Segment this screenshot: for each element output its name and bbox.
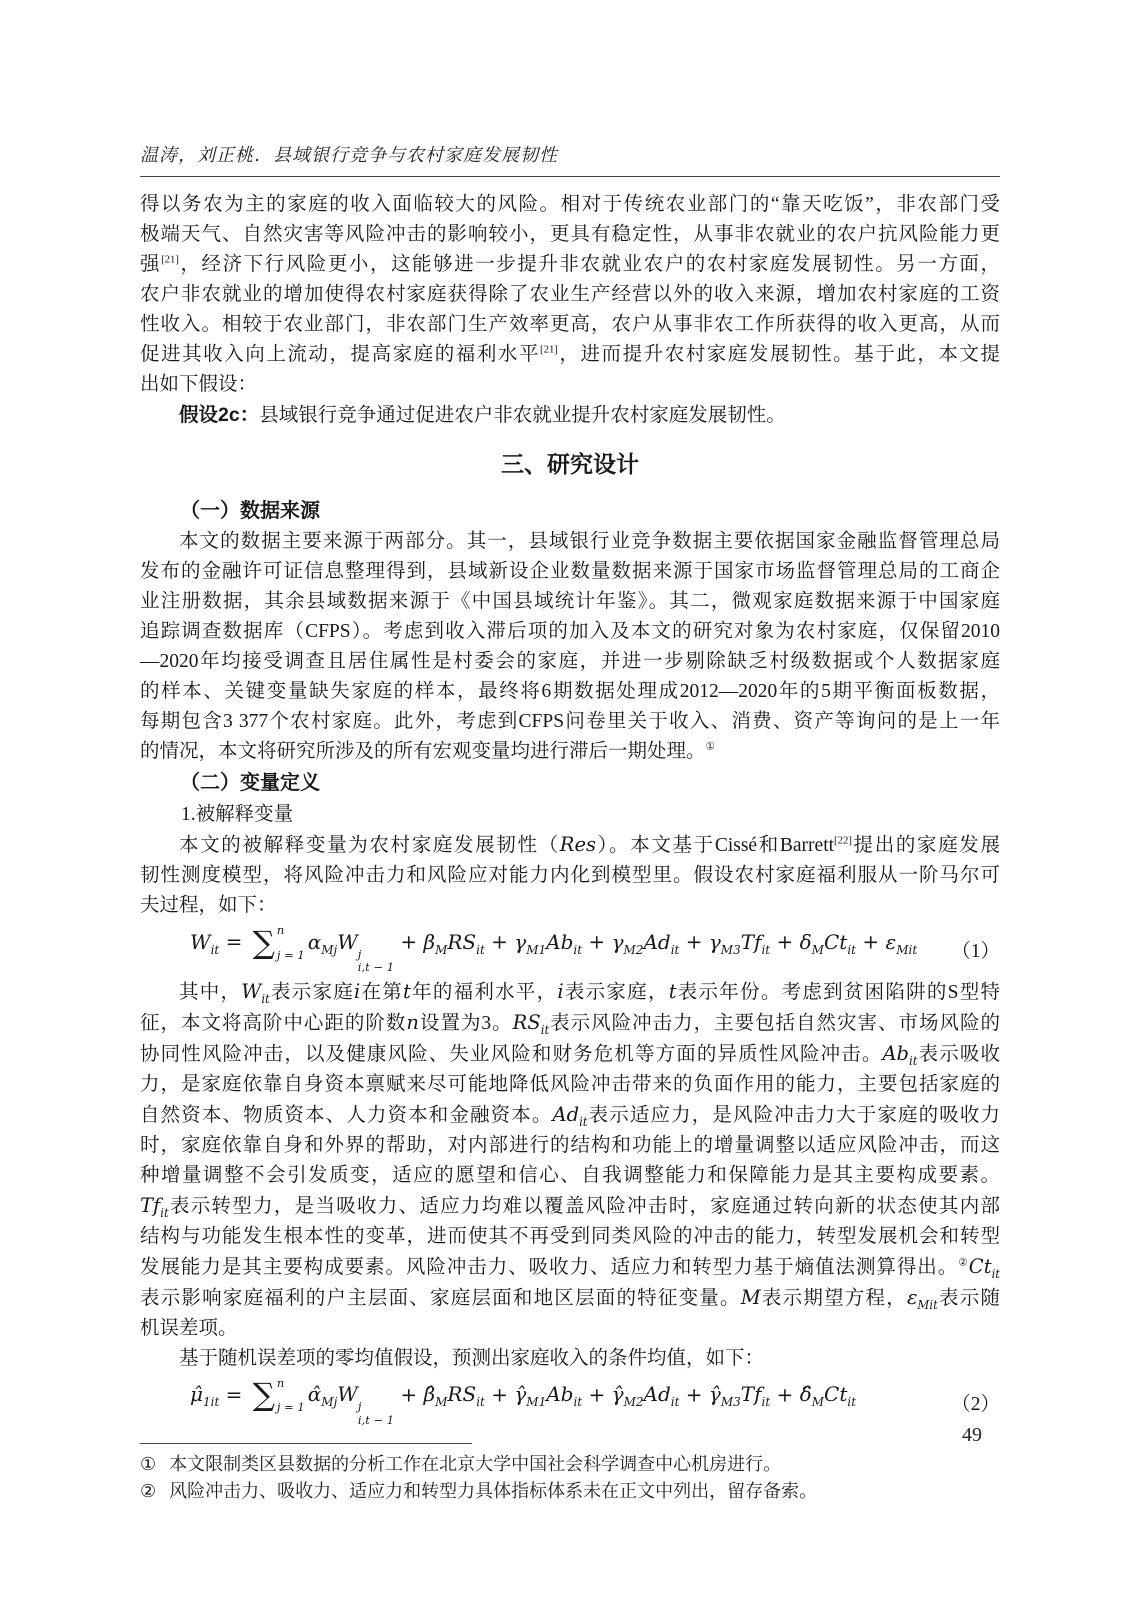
text-line: 极端天气、自然灾害等风险冲击的影响较小，更具有稳定性，从事非农就业的农户抗风险能… bbox=[140, 220, 1000, 250]
math-var: Adit bbox=[643, 930, 679, 954]
text-line: 出如下假设： bbox=[140, 370, 1000, 400]
italic-text: t bbox=[403, 980, 411, 1003]
footnote-1-text: 本文限制类区县数据的分析工作在北京大学中国社会科学调查中心机房进行。 bbox=[169, 1454, 781, 1474]
math-var: Ctit bbox=[969, 1255, 1000, 1278]
superscript-ref: [21] bbox=[540, 344, 558, 356]
footnote-1-marker: ① bbox=[140, 1454, 156, 1474]
italic-text: i bbox=[557, 980, 563, 1003]
sigma-glyph: ∑ bbox=[253, 928, 275, 959]
text-line: 追踪调查数据库（CFPS）。考虑到收入滞后项的加入及本文的研究对象为农村家庭，仅… bbox=[140, 617, 1000, 647]
superscript-ref: ① bbox=[706, 741, 716, 753]
footnotes: ①本文限制类区县数据的分析工作在北京大学中国社会科学调查中心机房进行。 ②风险冲… bbox=[140, 1443, 1000, 1505]
math-var: Ctit bbox=[824, 1382, 856, 1406]
sigma-glyph: ∑ bbox=[253, 1380, 275, 1411]
math-var: γM2 bbox=[612, 930, 644, 954]
footnote-rule bbox=[140, 1443, 472, 1444]
math-var: αMj bbox=[308, 930, 338, 954]
paragraph-conditional-mean: 基于随机误差项的零均值假设，预测出家庭收入的条件均值，如下： bbox=[140, 1344, 1000, 1374]
text-line: 强[21]，经济下行风险更小，这能够进一步提升非农就业农户的农村家庭发展韧性。另… bbox=[140, 250, 1000, 280]
italic-text: M bbox=[741, 1286, 761, 1309]
math-var: Abit bbox=[546, 1382, 582, 1406]
text-line: 结构与功能发生根本性的变革，进而使其不再受到同类风险的冲击的能力，转型发展机会和… bbox=[140, 1222, 1000, 1252]
text-line: 表示影响家庭福利的户主层面、家庭层面和地区层面的特征变量。M表示期望方程，εMi… bbox=[140, 1283, 1000, 1314]
math-var: δ̂M bbox=[800, 1382, 824, 1406]
math-var: Adit bbox=[644, 1382, 680, 1406]
math-supsub: ji,t − 1 bbox=[358, 948, 394, 974]
equation-number: （2） bbox=[951, 1388, 1000, 1416]
text-line: 夫过程，如下： bbox=[140, 891, 1000, 921]
paragraph-variable-explanation: 其中，Wit表示家庭i在第t年的福利水平，i表示家庭，t表示年份。考虑到贫困陷阱… bbox=[140, 977, 1000, 1344]
body-text-area: 得以务农为主的家庭的收入面临较大的风险。相对于传统农业部门的“靠天吃饭”，非农部… bbox=[140, 190, 1000, 1427]
subsubsection-dependent-variable: 1.被解释变量 bbox=[140, 799, 1000, 830]
italic-text: i bbox=[354, 980, 360, 1003]
math-var: Abit bbox=[546, 930, 582, 954]
math-var: β̂M bbox=[424, 1382, 448, 1406]
math-var: Wji,t − 1 bbox=[337, 930, 394, 954]
math-var: γM3 bbox=[709, 930, 741, 954]
math-var: εMit bbox=[885, 930, 917, 954]
text-line: —2020年均接受调查且居住属性是村委会的家庭，并进一步剔除缺乏村级数据或个人数… bbox=[140, 647, 1000, 677]
math-var: RSit bbox=[447, 1382, 484, 1406]
text-line: 促进其收入向上流动，提高家庭的福利水平[21]，进而提升农村家庭发展韧性。基于此… bbox=[140, 340, 1000, 370]
text-line: 征，本文将高阶中心距的阶数n设置为3。RSit表示风险冲击力，主要包括自然灾害、… bbox=[140, 1008, 1000, 1039]
text-line: 自然资本、物质资本、人力资本和金融资本。Adit表示适应力，是风险冲击力大于家庭… bbox=[140, 1100, 1000, 1131]
text-line: 本文的数据主要来源于两部分。其一，县域银行业竞争数据主要依据国家金融监督管理总局 bbox=[140, 527, 1000, 557]
math-var: γ̂M1 bbox=[514, 1382, 546, 1406]
running-header: 温涛，刘正桃．县域银行竞争与农村家庭发展韧性 bbox=[140, 141, 1000, 177]
math-var: γM1 bbox=[514, 930, 546, 954]
paper-page: 温涛，刘正桃．县域银行竞争与农村家庭发展韧性 得以务农为主的家庭的收入面临较大的… bbox=[0, 0, 1140, 1600]
math-var: Tfit bbox=[140, 1194, 169, 1217]
footnote-1: ①本文限制类区县数据的分析工作在北京大学中国社会科学调查中心机房进行。 bbox=[140, 1451, 1000, 1478]
math-var: δM bbox=[800, 930, 824, 954]
equation-number: （1） bbox=[951, 935, 1000, 963]
text-line: 本文的被解释变量为农村家庭发展韧性（Res）。本文基于Cissé和Barrett… bbox=[140, 830, 1000, 861]
math-var: α̂Mj bbox=[308, 1382, 338, 1406]
text-line: 基于随机误差项的零均值假设，预测出家庭收入的条件均值，如下： bbox=[140, 1344, 1000, 1374]
footnote-2: ②风险冲击力、吸收力、适应力和转型力具体指标体系未在正文中列出，留存备索。 bbox=[140, 1478, 1000, 1505]
text-line: 发布的金融许可证信息整理得到，县域新设企业数量数据来源于国家市场监督管理总局的工… bbox=[140, 557, 1000, 587]
subsection-data-source: （一）数据来源 bbox=[140, 495, 1000, 527]
superscript-ref: [22] bbox=[834, 835, 852, 847]
superscript-ref: ② bbox=[958, 1256, 969, 1268]
text-line: 每期包含3 377个农村家庭。此外，考虑到CFPS问卷里关于收入、消费、资产等询… bbox=[140, 707, 1000, 737]
math-var: γ̂M2 bbox=[612, 1382, 644, 1406]
paragraph-resilience-model: 本文的被解释变量为农村家庭发展韧性（Res）。本文基于Cissé和Barrett… bbox=[140, 830, 1000, 921]
math-var: βM bbox=[424, 930, 448, 954]
bold-text: 假设2c： bbox=[179, 404, 259, 426]
math-var: εMit bbox=[907, 1286, 938, 1309]
equation-body: Wit = ∑nj = 1αMjWji,t − 1 + βMRSit + γM1… bbox=[190, 924, 917, 974]
italic-text: t bbox=[669, 980, 677, 1003]
text-line: Tfit表示转型力，是当吸收力、适应力均难以覆盖风险冲击时，家庭通过转向新的状态… bbox=[140, 1191, 1000, 1222]
running-title: 温涛，刘正桃．县域银行竞争与农村家庭发展韧性 bbox=[140, 141, 1000, 176]
paragraph-nonfarm-risk: 得以务农为主的家庭的收入面临较大的风险。相对于传统农业部门的“靠天吃饭”，非农部… bbox=[140, 190, 1000, 400]
header-rule bbox=[140, 176, 1000, 177]
page-number: 49 bbox=[962, 1424, 982, 1447]
math-supsub: ji,t − 1 bbox=[358, 1400, 394, 1426]
math-var: Adit bbox=[552, 1103, 587, 1126]
equation-1: Wit = ∑nj = 1αMjWji,t − 1 + βMRSit + γM1… bbox=[140, 924, 1000, 974]
text-line: 时，家庭依靠自身和外界的帮助，对内部进行的结构和功能上的增量调整以适应风险冲击，… bbox=[140, 1131, 1000, 1161]
hypothesis-2c: 假设2c：县域银行竞争通过促进农户非农就业提升农村家庭发展韧性。 bbox=[140, 400, 1000, 431]
section-heading-research-design: 三、研究设计 bbox=[140, 445, 1000, 483]
math-var: Wit bbox=[241, 980, 269, 1003]
text-line: 得以务农为主的家庭的收入面临较大的风险。相对于传统农业部门的“靠天吃饭”，非农部… bbox=[140, 190, 1000, 220]
text-line: 韧性测度模型，将风险冲击力和风险应对能力内化到模型里。假设农村家庭福利服从一阶马… bbox=[140, 861, 1000, 891]
italic-text: n bbox=[406, 1011, 419, 1034]
text-line: 性收入。相较于农业部门，非农部门生产效率更高，农户从事非农工作所获得的收入更高，… bbox=[140, 310, 1000, 340]
footnote-2-text: 风险冲击力、吸收力、适应力和转型力具体指标体系未在正文中列出，留存备索。 bbox=[169, 1481, 817, 1501]
text-line: 的样本、关键变量缺失家庭的样本，最终将6期数据处理成2012—2020年的5期平… bbox=[140, 677, 1000, 707]
equation-2: μ̂1it = ∑nj = 1α̂MjWji,t − 1 + β̂MRSit +… bbox=[140, 1377, 1000, 1427]
math-var: Ctit bbox=[824, 930, 856, 954]
text-line: 力，是家庭依靠自身资本禀赋来尽可能地降低风险冲击带来的负面作用的能力，主要包括家… bbox=[140, 1070, 1000, 1100]
italic-text: Res bbox=[560, 833, 596, 856]
sum-limits: nj = 1 bbox=[277, 1377, 305, 1415]
math-var: Wit bbox=[190, 930, 219, 954]
paragraph-data-source: 本文的数据主要来源于两部分。其一，县域银行业竞争数据主要依据国家金融监督管理总局… bbox=[140, 527, 1000, 767]
text-line: 机误差项。 bbox=[140, 1314, 1000, 1344]
sum-limits: nj = 1 bbox=[277, 924, 305, 962]
superscript-ref: [21] bbox=[161, 254, 179, 266]
text-line: 的情况，本文将研究所涉及的所有宏观变量均进行滞后一期处理。① bbox=[140, 737, 1000, 767]
text-line: 其中，Wit表示家庭i在第t年的福利水平，i表示家庭，t表示年份。考虑到贫困陷阱… bbox=[140, 977, 1000, 1008]
sum-symbol: ∑nj = 1 bbox=[253, 924, 305, 962]
text-line: 业注册数据，其余县域数据来源于《中国县域统计年鉴》。其二，微观家庭数据来源于中国… bbox=[140, 587, 1000, 617]
subsection-variable-definition: （二）变量定义 bbox=[140, 767, 1000, 799]
math-var: RSit bbox=[447, 930, 484, 954]
math-var: Wji,t − 1 bbox=[337, 1382, 394, 1406]
footnote-2-marker: ② bbox=[140, 1481, 156, 1501]
text-line: 假设2c：县域银行竞争通过促进农户非农就业提升农村家庭发展韧性。 bbox=[140, 400, 1000, 431]
text-line: 农户非农就业的增加使得农村家庭获得除了农业生产经营以外的收入来源，增加农村家庭的… bbox=[140, 280, 1000, 310]
text-line: 发展能力是其主要构成要素。风险冲击力、吸收力、适应力和转型力基于熵值法测算得出。… bbox=[140, 1252, 1000, 1283]
text-line: 种增量调整不会引发质变，适应的愿望和信心、自我调整能力和保障能力是其主要构成要素… bbox=[140, 1161, 1000, 1191]
math-var: Tfit bbox=[741, 1382, 770, 1406]
math-var: Abit bbox=[882, 1042, 917, 1065]
text-line: 协同性风险冲击，以及健康风险、失业风险和财务危机等方面的异质性风险冲击。Abit… bbox=[140, 1039, 1000, 1070]
sum-symbol: ∑nj = 1 bbox=[253, 1377, 305, 1415]
equation-body: μ̂1it = ∑nj = 1α̂MjWji,t − 1 + β̂MRSit +… bbox=[190, 1377, 856, 1427]
math-var: μ̂1it bbox=[190, 1382, 219, 1406]
math-var: γ̂M3 bbox=[709, 1382, 741, 1406]
math-var: RSit bbox=[513, 1011, 549, 1034]
math-var: Tfit bbox=[741, 930, 770, 954]
